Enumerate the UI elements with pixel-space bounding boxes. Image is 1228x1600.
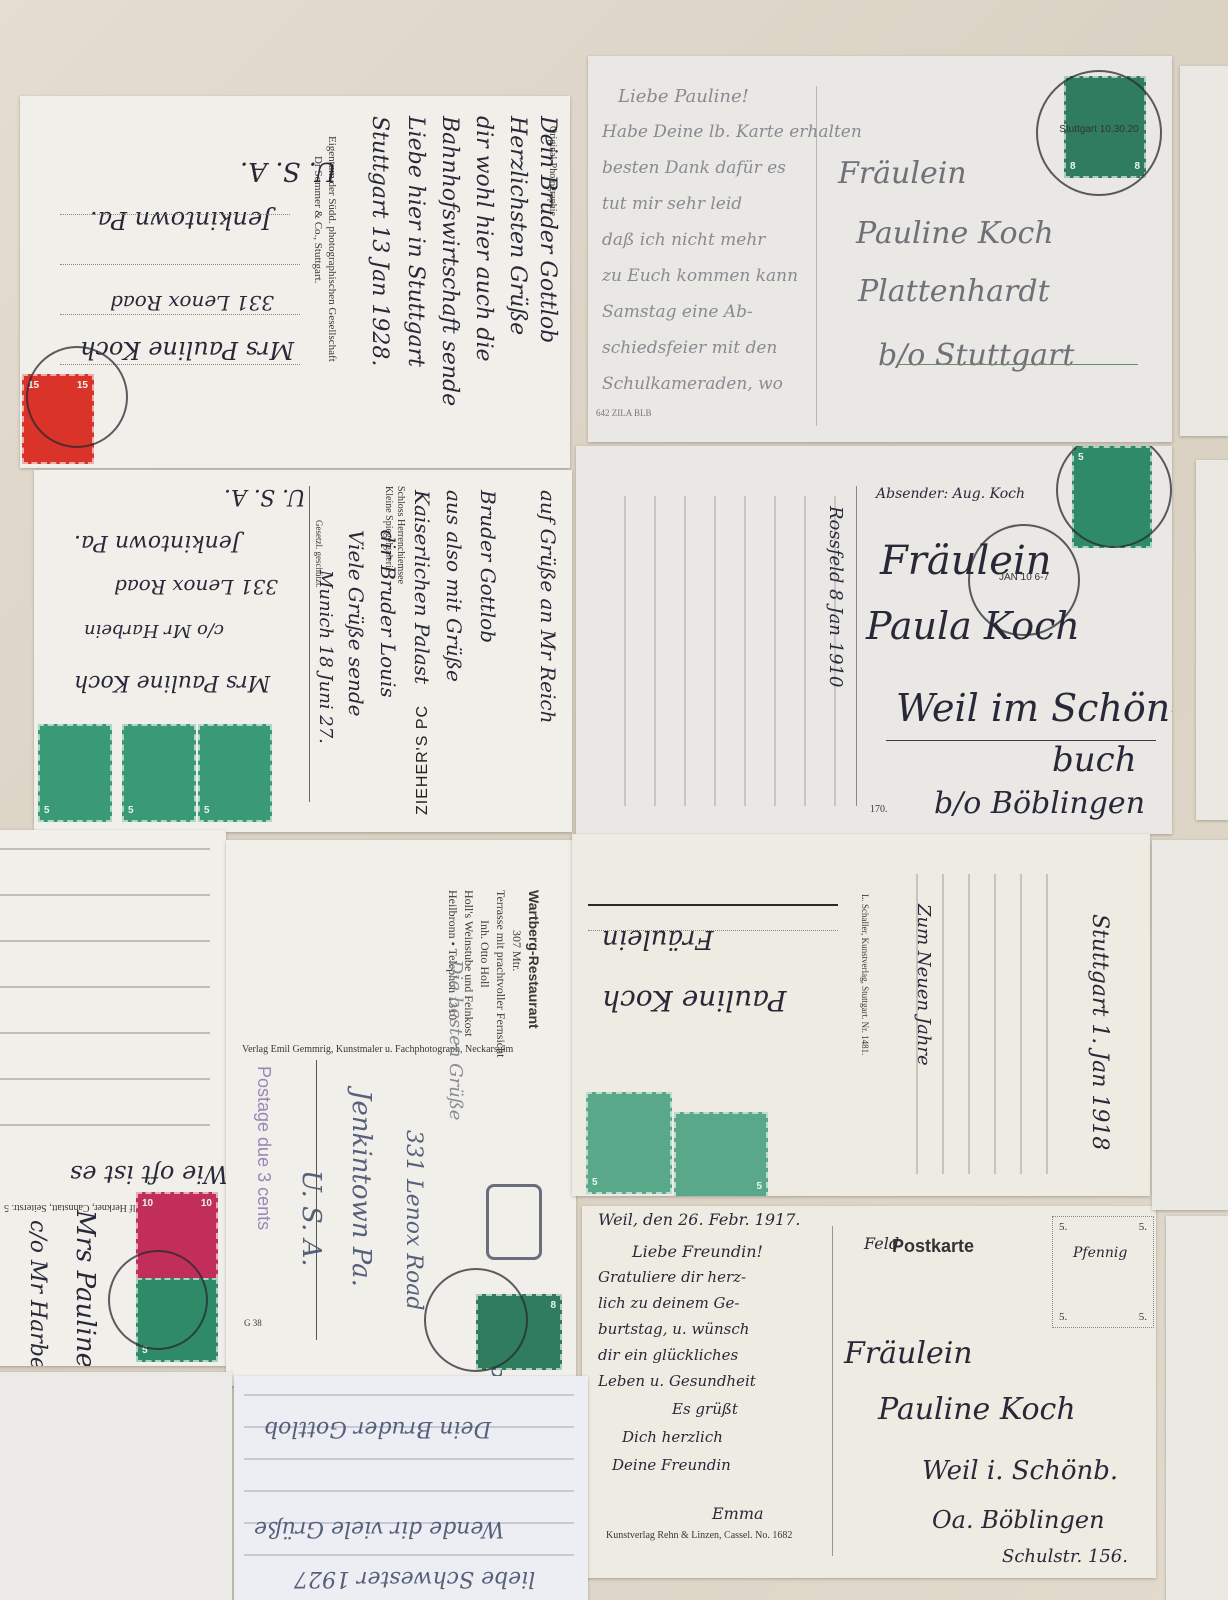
handwriting: dir Bruder Louis: [376, 530, 400, 698]
stamp-5pf-germania-2: 5: [674, 1112, 768, 1196]
handwritten-message-lines: [892, 874, 1072, 1174]
address-name: Pauline Koch: [602, 984, 786, 1017]
handwriting: Deine Freundin: [612, 1456, 731, 1474]
postcard-4: 170. Fräulein Paula Koch Weil im Schön- …: [576, 446, 1172, 834]
printed-card-number: G 38: [244, 1318, 262, 1328]
handwriting: besten Dank dafür es: [602, 158, 786, 178]
postcard-3: ZIEHER'S PC Schloss Herrenchiemsee Klein…: [34, 470, 572, 832]
address-city-2: buch: [1052, 740, 1137, 780]
printed-restaurant-name: Wartberg-Restaurant: [526, 890, 542, 1029]
handwriting-date: Weil, den 26. Febr. 1917.: [598, 1210, 800, 1229]
handwriting: tut mir sehr leid: [602, 194, 742, 214]
address-city: Jenkintown Pa.: [346, 1090, 376, 1287]
address-salutation: Fräulein: [838, 156, 967, 191]
address-street: 331 Lenox Road: [401, 1130, 426, 1310]
address-street: 331 Lenox Road: [110, 291, 274, 315]
address-co: c/o Mr Harbein: [25, 1220, 50, 1366]
handwriting: aus also mit Grüße: [442, 490, 466, 682]
address-region: b/o Stuttgart: [878, 338, 1074, 373]
handwriting: lich zu deinem Ge-: [598, 1294, 740, 1312]
address-city: Weil i. Schönb.: [922, 1456, 1118, 1486]
handwritten-message-lines: [596, 496, 846, 806]
address-name: Mrs Pauline Koch: [70, 1210, 100, 1366]
printed-publisher: L. Schaller, Kunstverlag, Stuttgart. Nr.…: [860, 894, 870, 1055]
handwriting: Es grüßt: [672, 1400, 738, 1418]
handwriting: dir wohl hier auch die: [471, 116, 496, 362]
stamp-5pf-green-2: 5: [122, 724, 196, 822]
postcard-7: L. Schaller, Kunstverlag, Stuttgart. Nr.…: [572, 834, 1150, 1196]
address-city: Jenkintown Pa.: [74, 530, 241, 555]
address-city: Plattenhardt: [858, 274, 1050, 309]
postcard-9: Dein Bruder Gottlob Wende dir viele Grüß…: [234, 1376, 588, 1600]
postcard-edge-right-3: [1152, 840, 1228, 1210]
address-salutation: Fräulein: [844, 1336, 973, 1371]
handwriting: Kaiserlichen Palast: [410, 490, 434, 684]
postcard-edge-right-2: [1196, 460, 1228, 820]
address-co: c/o Mr Harbein: [84, 620, 224, 641]
address-country: U. S. A.: [240, 156, 337, 186]
sender: Absender: Aug. Koch: [876, 486, 1025, 502]
postcard-6: Wartberg-Restaurant 307 Mtr. Terrasse mi…: [226, 840, 576, 1386]
handwriting: Feld: [864, 1234, 899, 1253]
postcard-edge-right-1: [1180, 66, 1228, 436]
handwriting: Herzlichsten Grüße: [505, 116, 530, 335]
postcard-8: Postkarte Feld 5. 5. Pfennig 5. 5. Weil,…: [582, 1206, 1156, 1578]
handwriting: Die besten Grüße: [445, 960, 466, 1120]
printed-card-number: 642 ZILA BLB: [596, 408, 652, 418]
handwriting: Leben u. Gesundheit: [598, 1372, 756, 1390]
handwriting: Dich herzlich: [622, 1428, 723, 1446]
handwriting: Bahnhofswirtschaft sende: [437, 116, 462, 406]
handwriting: Bruder Gottlob: [476, 490, 500, 643]
stamp-placement-box: 5. 5. Pfennig 5. 5.: [1052, 1216, 1154, 1328]
handwriting-signature: Emma: [712, 1504, 764, 1523]
address-salutation: Fräulein: [602, 924, 713, 954]
handwriting-date: Stuttgart 1. Jan 1918: [1087, 914, 1112, 1150]
stamp-5pf-green-1: 5: [38, 724, 112, 822]
postmark-heilbronn: [26, 346, 128, 448]
address-name: Pauline Koch: [878, 1392, 1076, 1427]
handwriting: Viele Grüße sende: [344, 530, 368, 717]
address-street: 331 Lenox Road: [114, 575, 278, 599]
postmark-wurttbg: [108, 1250, 208, 1350]
handwriting: Habe Deine lb. Karte erhalten: [602, 122, 862, 142]
address-city: Weil im Schön-: [896, 686, 1172, 730]
boxed-postal-mark: [486, 1184, 542, 1260]
printed-line: Terrasse mit prachtvoller Fernsicht: [493, 890, 508, 1057]
address-country: U. S. A.: [296, 1170, 326, 1267]
printed-line: Inh. Otto Holl: [477, 920, 492, 988]
handwritten-message-lines: [244, 1386, 574, 1586]
address-country: U. S. A.: [224, 484, 306, 509]
address-region: b/o Böblingen: [934, 786, 1145, 821]
handwritten-message-lines: [0, 840, 210, 1170]
handwriting: Schulkameraden, wo: [602, 374, 783, 394]
postcard-5: Verlag Rudolf Herkner, Cannstatt, Seiter…: [0, 830, 226, 1366]
stamp-5pf-germania-1: 5: [586, 1092, 672, 1194]
postage-due-stamp: Postage due 3 cents: [253, 1066, 274, 1230]
handwriting: Dein Bruder Gottlob: [535, 116, 560, 343]
handwriting: Liebe Pauline!: [618, 86, 749, 107]
postcard-1: Original-Photographie Eigentum der Südd.…: [20, 96, 570, 468]
handwriting: Gratuliere dir herz-: [598, 1268, 746, 1286]
handwriting: zu Euch kommen kann: [602, 266, 798, 286]
printed-publisher: Verlag Emil Gemmrig, Kunstmaler u. Fachp…: [242, 1044, 513, 1055]
handwriting: Liebe hier in Stuttgart: [403, 116, 428, 367]
printed-altitude: 307 Mtr.: [509, 930, 524, 971]
handwriting: auf Grüße an Mr Reich: [536, 490, 560, 723]
printed-publisher: Kunstverlag Rehn & Linzen, Cassel. No. 1…: [606, 1530, 792, 1541]
address-name: Pauline Koch: [856, 216, 1054, 251]
handwriting: Samstag eine Ab-: [602, 302, 753, 322]
handwriting: schiedsfeier mit den: [602, 338, 777, 358]
postcard-2: Liebe Pauline! Habe Deine lb. Karte erha…: [588, 56, 1172, 442]
address-region: Oa. Böblingen: [932, 1506, 1105, 1534]
postkarte-heading: Postkarte: [892, 1236, 974, 1257]
address-street: Schulstr. 156.: [1002, 1546, 1128, 1567]
postcard-10-blank: [0, 1372, 232, 1600]
postmark-2: JAN 10 6-7: [968, 524, 1080, 636]
stamp-5pf-green-3: 5: [198, 724, 272, 822]
printed-card-number: 170.: [870, 804, 888, 815]
postmark-heilbronn: [424, 1268, 528, 1372]
handwriting: burtstag, u. wünsch: [598, 1320, 749, 1338]
handwriting: Liebe Freundin!: [632, 1242, 763, 1261]
handwriting: Stuttgart 13 Jan 1928.: [367, 116, 392, 366]
handwriting: dir ein glückliches: [598, 1346, 738, 1364]
printed-publisher-ziehers: ZIEHER'S PC: [414, 705, 432, 815]
postcard-edge-right-4: [1166, 1216, 1228, 1600]
address-name: Mrs Pauline Koch: [74, 670, 270, 695]
handwriting: daß ich nicht mehr: [602, 230, 765, 250]
address-city: Jenkintown Pa.: [90, 206, 272, 234]
postmark-stuttgart: Stuttgart 10.30.20: [1036, 70, 1162, 196]
handwriting-date: Munich 18 Juni 27.: [315, 570, 336, 744]
